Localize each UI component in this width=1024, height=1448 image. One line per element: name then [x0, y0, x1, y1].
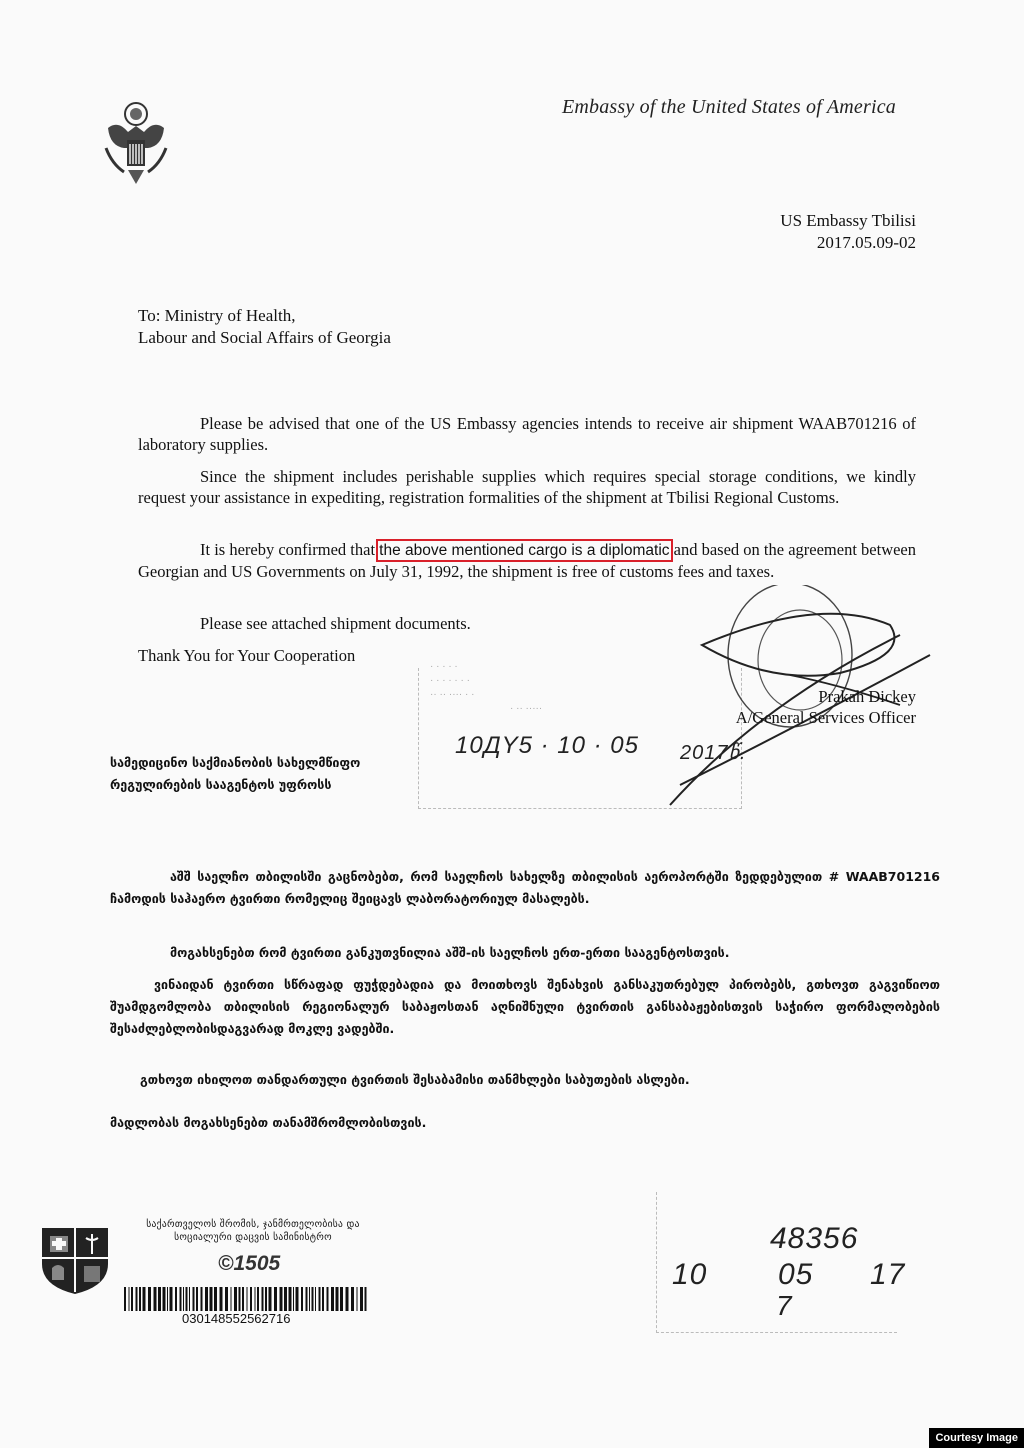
incoming-registration-month: 05 [778, 1258, 813, 1292]
ministry-name: საქართველოს შრომის, ჯანმრთელობისა და სოც… [118, 1218, 388, 1244]
signature-block: Prakah Dickey A/General Services Officer [736, 686, 916, 728]
georgian-addressee: სამედიცინო საქმიანობის სახელმწიფო რეგული… [110, 752, 360, 796]
letterhead-title: Embassy of the United States of America [562, 96, 896, 119]
barcode [124, 1287, 370, 1311]
ministry-shield-icon [40, 1224, 110, 1296]
incoming-registration-pages: 7 [776, 1290, 793, 1322]
signer-title: A/General Services Officer [736, 707, 916, 728]
incoming-registration-day: 10 [672, 1258, 707, 1292]
georgian-paragraph-4: გთხოვთ იხილოთ თანდართული ტვირთის შესაბამ… [110, 1069, 940, 1091]
highlighted-phrase: the above mentioned cargo is a diplomati… [379, 542, 669, 559]
georgian-addressee-line-2: რეგულირების სააგენტოს უფროსს [110, 774, 360, 796]
us-great-seal-icon [98, 98, 174, 186]
ministry-name-line-1: საქართველოს შრომის, ჯანმრთელობისა და [118, 1218, 388, 1231]
recipient-line-1: To: Ministry of Health, [138, 305, 391, 327]
sender-name: US Embassy Tbilisi [780, 210, 916, 232]
incoming-registration-number: 48356 [770, 1222, 858, 1256]
georgian-paragraph-3: ვინაიდან ტვირთი სწრაფად ფუჭდებადია და მო… [110, 974, 940, 1040]
stamp-faded-text: · · · · · · · · · · · · ·· ·· ···· · · ·… [430, 660, 542, 716]
incoming-registration-year: 17 [870, 1258, 905, 1292]
georgian-addressee-line-1: სამედიცინო საქმიანობის სახელმწიფო [110, 752, 360, 774]
paragraph-3-lead: It is hereby confirmed that [200, 540, 379, 559]
courtesy-image-caption: Courtesy Image [929, 1428, 1024, 1448]
georgian-paragraph-5: მადლობას მოგახსენებთ თანამშრომლობისთვის. [110, 1112, 940, 1134]
english-paragraph-1: Please be advised that one of the US Emb… [138, 413, 916, 455]
registration-code: ©1505 [218, 1252, 280, 1276]
recipient-line-2: Labour and Social Affairs of Georgia [138, 327, 391, 349]
reference-number: 2017.05.09-02 [780, 232, 916, 254]
barcode-number: 030148552562716 [182, 1311, 290, 1326]
recipient-block: To: Ministry of Health, Labour and Socia… [138, 305, 391, 349]
english-paragraph-3: It is hereby confirmed that the above me… [138, 539, 916, 582]
english-paragraph-2: Since the shipment includes perishable s… [138, 466, 916, 508]
ministry-name-line-2: სოციალური დაცვის სამინისტრო [118, 1231, 388, 1244]
signer-name: Prakah Dickey [736, 686, 916, 707]
georgian-paragraph-1: აშშ საელჩო თბილისში გაცნობებთ, რომ საელჩ… [110, 866, 940, 910]
sender-block: US Embassy Tbilisi 2017.05.09-02 [780, 210, 916, 254]
georgian-paragraph-2: მოგახსენებთ რომ ტვირთი განკუთვნილია აშშ-… [110, 942, 940, 964]
stamp-handwritten-date: 10ДY5 · 10 · 05 [455, 732, 639, 760]
